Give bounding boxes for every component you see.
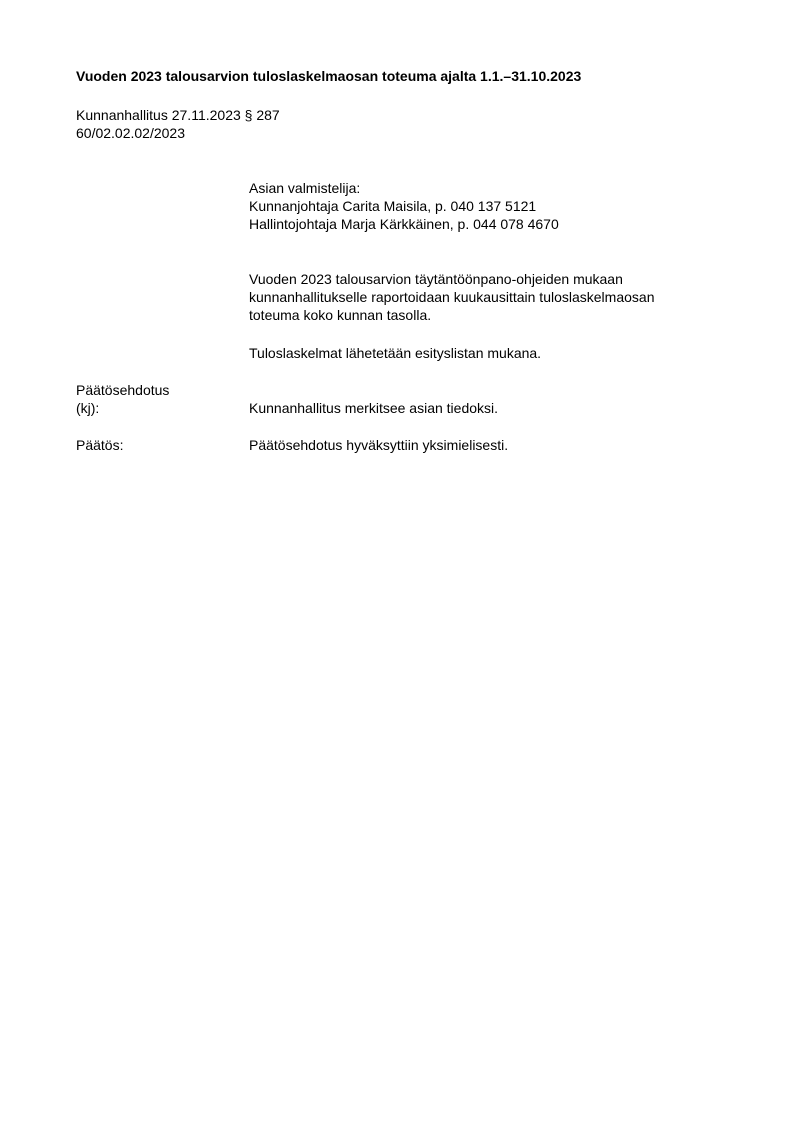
preparer-heading: Asian valmistelija:: [249, 179, 360, 197]
attachment-note: Tuloslaskelmat lähetetään esityslistan m…: [249, 344, 541, 362]
preparer-line: Hallintojohtaja Marja Kärkkäinen, p. 044…: [249, 215, 559, 233]
proposal-label-suffix: (kj):: [76, 399, 99, 417]
decision-label: Päätös:: [76, 436, 123, 454]
body-paragraph-line: Vuoden 2023 talousarvion täytäntöönpano-…: [249, 270, 623, 288]
record-number: 60/02.02.02/2023: [76, 124, 185, 142]
decision-text: Päätösehdotus hyväksyttiin yksimielisest…: [249, 436, 508, 454]
meeting-line: Kunnanhallitus 27.11.2023 § 287: [76, 106, 280, 124]
preparer-line: Kunnanjohtaja Carita Maisila, p. 040 137…: [249, 197, 536, 215]
body-paragraph-line: kunnanhallitukselle raportoidaan kuukaus…: [249, 288, 654, 306]
proposal-label: Päätösehdotus: [76, 381, 169, 399]
proposal-text: Kunnanhallitus merkitsee asian tiedoksi.: [249, 399, 498, 417]
body-paragraph-line: toteuma koko kunnan tasolla.: [249, 306, 431, 324]
document-title: Vuoden 2023 talousarvion tuloslaskelmaos…: [76, 67, 581, 85]
